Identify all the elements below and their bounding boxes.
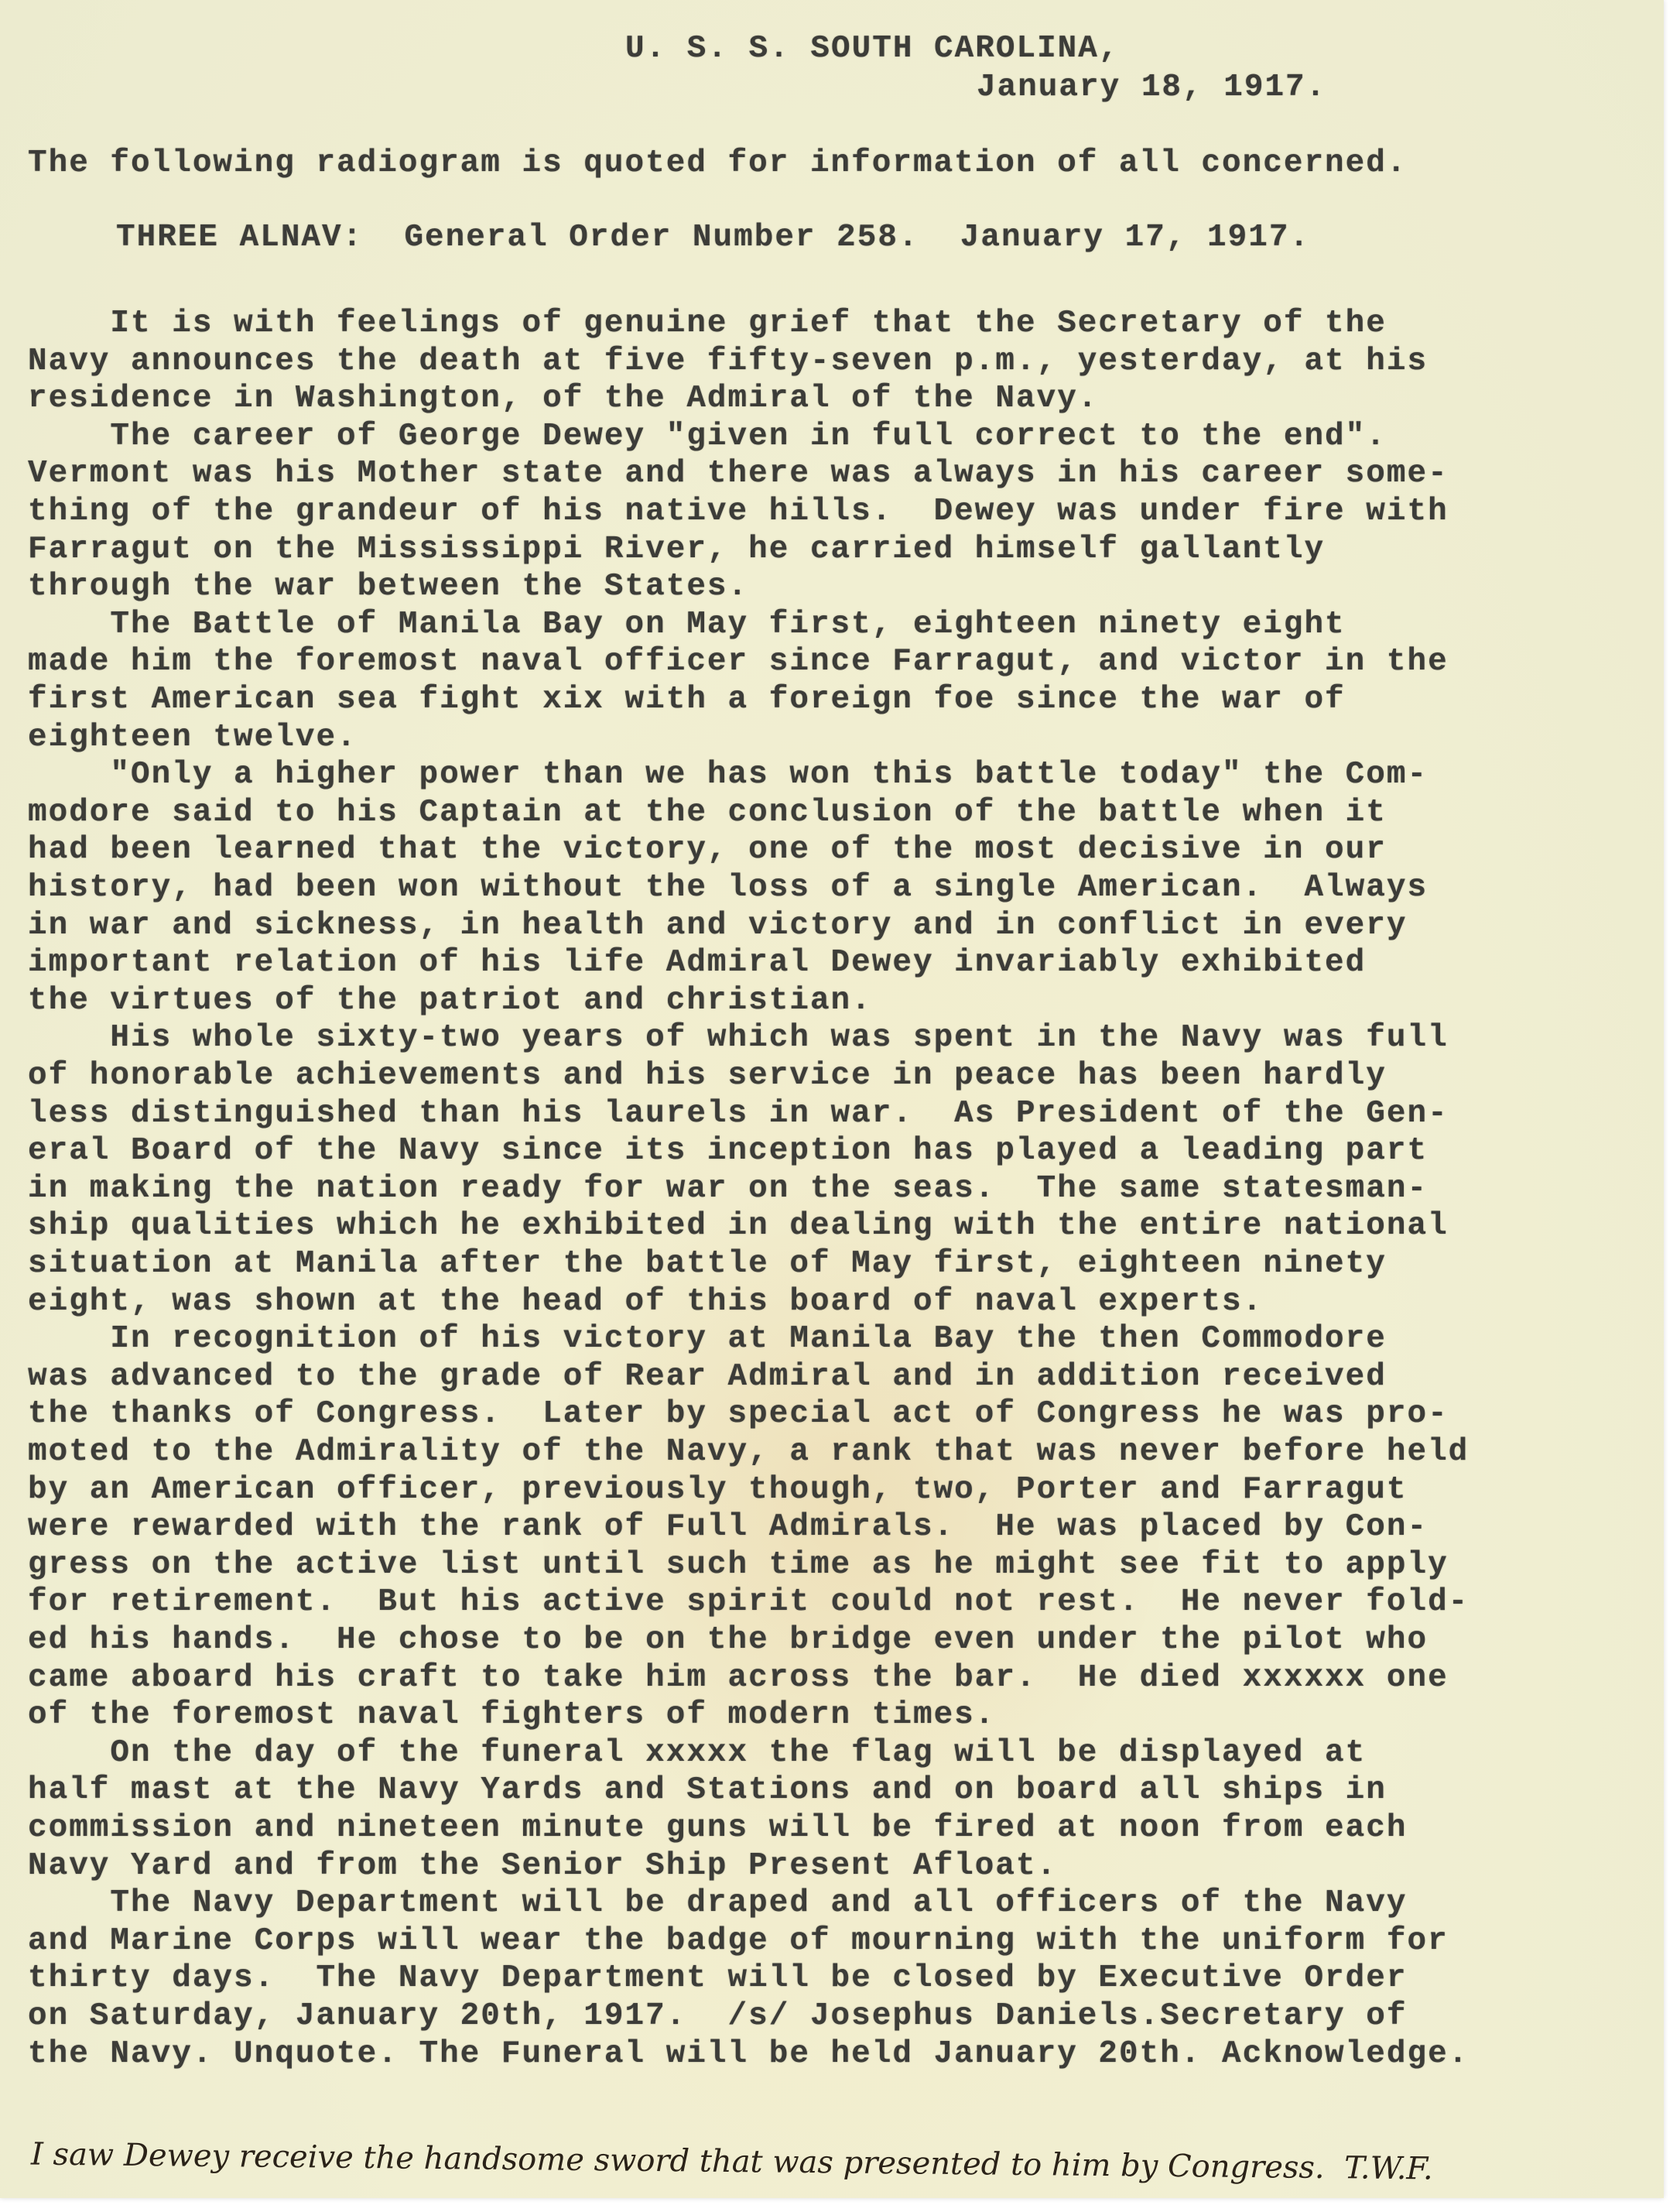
body-line: through the war between the States. — [28, 569, 748, 604]
body-line: the thanks of Congress. Later by special… — [28, 1396, 1449, 1432]
body-line: came aboard his craft to take him across… — [28, 1660, 1449, 1696]
body-line: "Only a higher power than we has won thi… — [28, 757, 1428, 793]
body-line: eral Board of the Navy since its incepti… — [28, 1133, 1428, 1169]
body-line: of the foremost naval fighters of modern… — [28, 1697, 995, 1733]
body-line: eight, was shown at the head of this boa… — [28, 1284, 1263, 1320]
body-line: commission and nineteen minute guns will… — [28, 1810, 1407, 1846]
order-heading: THREE ALNAV: General Order Number 258. J… — [116, 220, 1310, 255]
body-line: Farragut on the Mississippi River, he ca… — [28, 532, 1325, 567]
body-line: had been learned that the victory, one o… — [28, 832, 1387, 868]
body-line: first American sea fight xix with a fore… — [28, 682, 1346, 717]
body-line: residence in Washington, of the Admiral … — [28, 381, 1098, 416]
body-line: eighteen twelve. — [28, 720, 358, 755]
body-line: for retirement. But his active spirit co… — [28, 1584, 1469, 1620]
body-line: thirty days. The Navy Department will be… — [28, 1960, 1407, 1996]
body-line: of honorable achievements and his servic… — [28, 1058, 1387, 1094]
body-line: moted to the Admirality of the Navy, a r… — [28, 1434, 1469, 1470]
body-line: In recognition of his victory at Manila … — [28, 1321, 1387, 1357]
body-line: by an American officer, previously thoug… — [28, 1472, 1407, 1508]
body-line: situation at Manila after the battle of … — [28, 1246, 1387, 1282]
document-page: U. S. S. SOUTH CAROLINA, January 18, 191… — [0, 0, 1664, 2198]
body-line: gress on the active list until such time… — [28, 1547, 1449, 1583]
body-line: The Navy Department will be draped and a… — [28, 1885, 1407, 1921]
body-line: were rewarded with the rank of Full Admi… — [28, 1509, 1428, 1545]
body-line: in making the nation ready for war on th… — [28, 1171, 1428, 1207]
body-line: modore said to his Captain at the conclu… — [28, 795, 1387, 830]
body-line: in war and sickness, in health and victo… — [28, 908, 1407, 943]
letter-date: January 18, 1917. — [977, 70, 1326, 105]
body-line: ed his hands. He chose to be on the brid… — [28, 1622, 1428, 1658]
body-line: less distinguished than his laurels in w… — [28, 1096, 1449, 1132]
body-line: and Marine Corps will wear the badge of … — [28, 1923, 1449, 1959]
body-line: It is with feelings of genuine grief tha… — [28, 306, 1387, 341]
intro-line: The following radiogram is quoted for in… — [28, 146, 1407, 181]
body-line: Vermont was his Mother state and there w… — [28, 456, 1449, 491]
body-line: His whole sixty-two years of which was s… — [28, 1020, 1449, 1056]
handwritten-note: I saw Dewey receive the handsome sword t… — [31, 2137, 1433, 2187]
body-line: On the day of the funeral xxxxx the flag… — [28, 1735, 1366, 1771]
body-line: the Navy. Unquote. The Funeral will be h… — [28, 2036, 1469, 2072]
body-line: on Saturday, January 20th, 1917. /s/ Jos… — [28, 1998, 1407, 2034]
ship-name: U. S. S. SOUTH CAROLINA, — [625, 31, 1120, 67]
body-line: The career of George Dewey "given in ful… — [28, 419, 1387, 454]
body-line: The Battle of Manila Bay on May first, e… — [28, 607, 1346, 642]
body-line: Navy announces the death at five fifty-s… — [28, 344, 1428, 379]
body-line: thing of the grandeur of his native hill… — [28, 494, 1449, 529]
body-line: the virtues of the patriot and christian… — [28, 983, 872, 1019]
body-line: made him the foremost naval officer sinc… — [28, 644, 1449, 680]
body-line: half mast at the Navy Yards and Stations… — [28, 1772, 1387, 1808]
body-line: important relation of his life Admiral D… — [28, 945, 1366, 981]
body-line: was advanced to the grade of Rear Admira… — [28, 1359, 1387, 1395]
body-line: Navy Yard and from the Senior Ship Prese… — [28, 1848, 1057, 1884]
body-line: history, had been won without the loss o… — [28, 870, 1428, 906]
body-line: ship qualities which he exhibited in dea… — [28, 1208, 1449, 1244]
